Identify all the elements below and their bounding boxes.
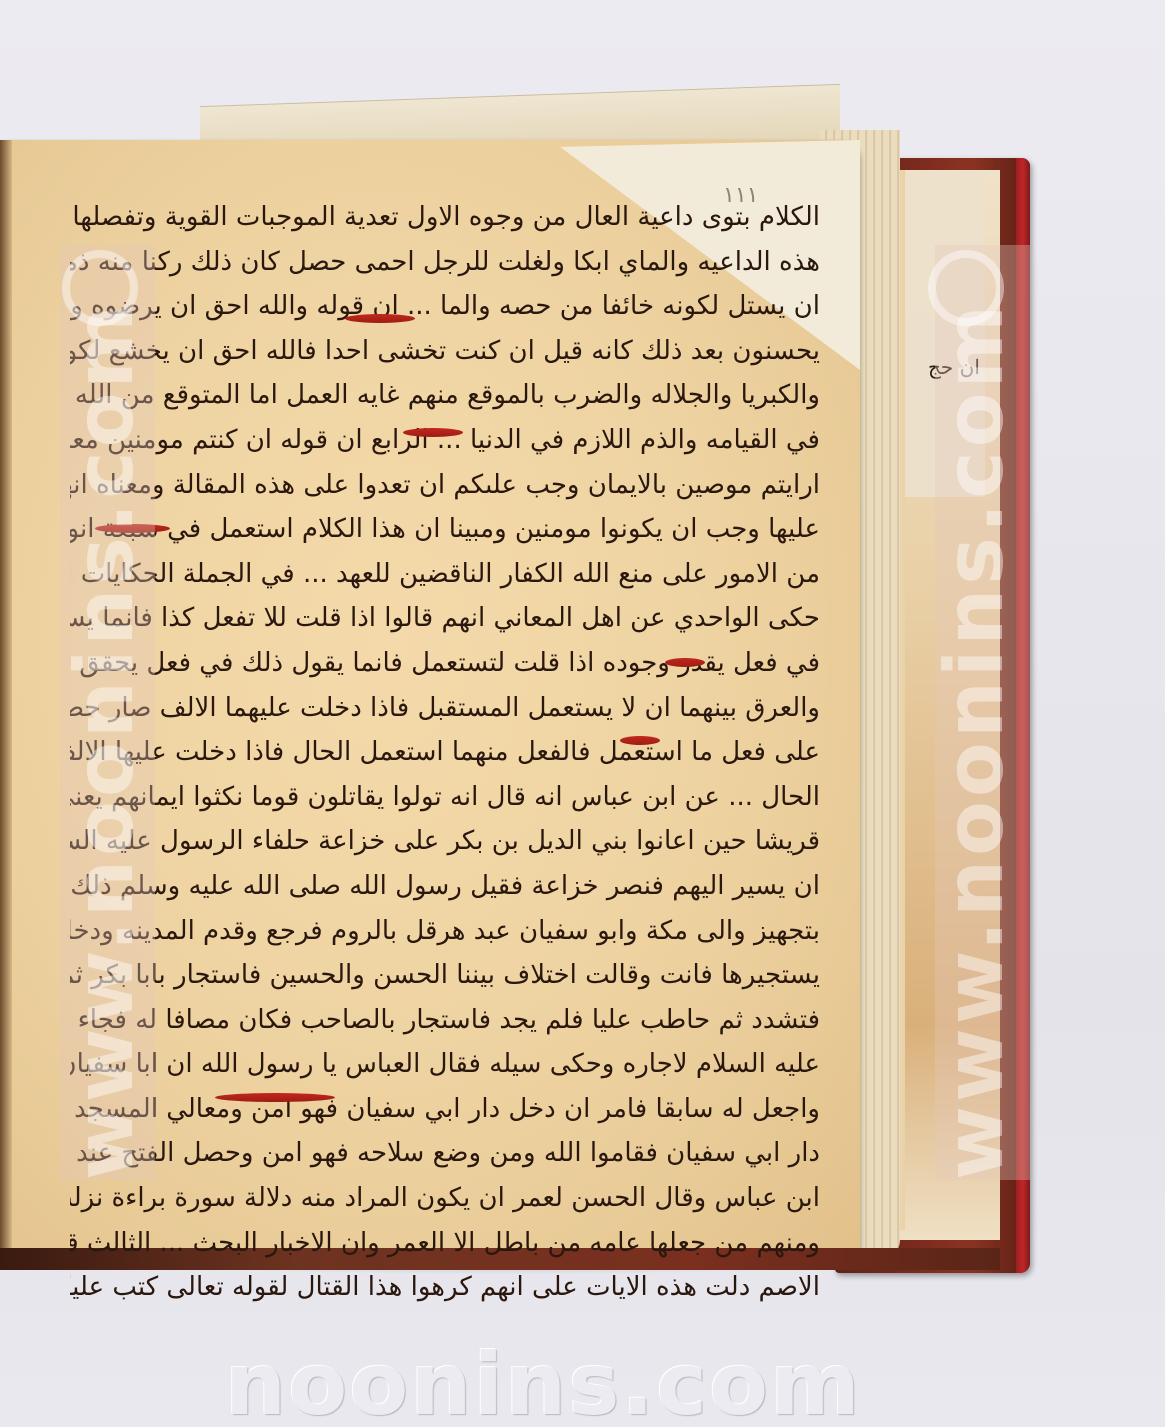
text-line: ان يسير اليهم فنصر خزاعة فقيل رسول الله … (70, 864, 820, 909)
text-line: ومنهم من جعلها عامه من باطل الا العمر وا… (70, 1221, 820, 1266)
text-line: يحسنون بعد ذلك كانه قيل ان كنت تخشى احدا… (70, 329, 820, 374)
manuscript-text: الكلام بتوى داعية العال من وجوه الاول تع… (70, 195, 820, 1310)
watermark-text-left: www.noonins.com (58, 330, 151, 1180)
text-line: على فعل ما استعمل فالفعل منهما استعمل ال… (70, 730, 820, 775)
text-line: من الامور على منع الله الكفار الناقضين ل… (70, 552, 820, 597)
watermark-brand: noonins.com (225, 1335, 862, 1427)
rubric-mark (665, 658, 705, 667)
rubric-mark (215, 1093, 335, 1102)
watermark-text-right: www.noonins.com (928, 330, 1021, 1180)
text-line: فتشدد ثم حاطب عليا فلم يجد فاستجار بالصا… (70, 998, 820, 1043)
text-line: واجعل له سابقا فامر ان دخل دار ابي سفيان… (70, 1087, 820, 1132)
text-line: عليها وجب ان يكونوا مومنين ومبينا ان هذا… (70, 507, 820, 552)
rubric-mark (403, 428, 463, 437)
text-line: دار ابي سفيان فقاموا الله ومن وضع سلاحه … (70, 1131, 820, 1176)
text-line: في فعل يقدر وجوده اذا قلت لتستعمل فانما … (70, 641, 820, 686)
text-line: الاصم دلت هذه الايات على انهم كرهوا هذا … (70, 1265, 820, 1310)
text-line: ابن عباس وقال الحسن لعمر ان يكون المراد … (70, 1176, 820, 1221)
text-line: والكبريا والجلاله والضرب بالموقع منهم غا… (70, 373, 820, 418)
text-line: هذه الداعيه والماي ابكا ولغلت للرجل احمى… (70, 240, 820, 285)
text-line: ان يستل لكونه خائفا من حصه والما ... ان … (70, 284, 820, 329)
text-line: الحال ... عن ابن عباس انه قال انه تولوا … (70, 775, 820, 820)
text-line: يستجيرها فانت وقالت اختلاف بيننا الحسن و… (70, 953, 820, 998)
text-line: عليه السلام لاجاره وحكى سيله فقال العباس… (70, 1042, 820, 1087)
text-line: في القيامه والذم اللازم في الدنيا ... ال… (70, 418, 820, 463)
text-line: حكى الواحدي عن اهل المعاني انهم قالوا اذ… (70, 596, 820, 641)
text-line: بتجهيز والى مكة وابو سفيان عبد هرقل بالر… (70, 909, 820, 954)
binding-gutter (0, 140, 12, 1260)
text-line: قريشا حين اعانوا بني الديل بن بكر على خز… (70, 819, 820, 864)
text-line: الكلام بتوى داعية العال من وجوه الاول تع… (70, 195, 820, 240)
text-line: والعرق بينهما ان لا يستعمل المستقبل فاذا… (70, 686, 820, 731)
text-line: ارايتم موصين بالايمان وجب علىكم ان تعدوا… (70, 463, 820, 508)
rubric-mark (345, 314, 415, 323)
rubric-mark (620, 736, 660, 745)
